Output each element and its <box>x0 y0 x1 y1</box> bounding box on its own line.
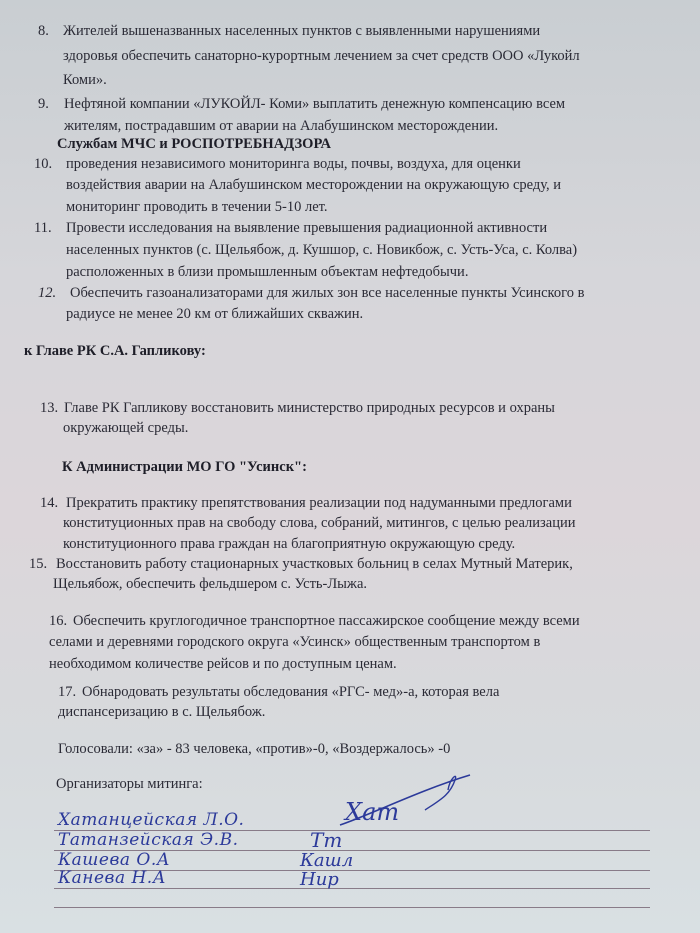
item-text-line: проведения независимого мониторинга воды… <box>66 155 521 173</box>
item-number: 9. <box>38 95 49 113</box>
signature-mark: Кашл <box>300 850 353 871</box>
item-text-line: жителям, пострадавшим от аварии на Алабу… <box>64 117 498 135</box>
item-number: 15. <box>29 555 47 573</box>
item-text-line: расположенных в близи промышленным объек… <box>66 263 468 281</box>
heading-glava: к Главе РК С.А. Гапликову: <box>24 342 206 360</box>
organizers-label: Организаторы митинга: <box>56 775 203 793</box>
signature-name: Кашева О.А <box>58 850 170 870</box>
item-number: 13. <box>40 399 58 417</box>
item-text-line: Обнародовать результаты обследования «РГ… <box>82 683 499 701</box>
signature-line <box>54 888 650 889</box>
item-text-line: диспансеризацию в с. Щельябож. <box>58 703 265 721</box>
signature-mark: Нир <box>300 869 339 890</box>
item-text-line: Обеспечить газоанализаторами для жилых з… <box>70 284 584 302</box>
item-text-line: конституционных прав на свободу слова, с… <box>63 514 575 532</box>
item-number: 8. <box>38 22 49 40</box>
item-text-line: необходимом количестве рейсов и по досту… <box>49 655 397 673</box>
item-text-line: Коми». <box>63 71 107 89</box>
item-text-line: селами и деревнями городского округа «Ус… <box>49 633 540 651</box>
item-text-line: населенных пунктов (с. Щельябож, д. Кушш… <box>66 241 577 259</box>
item-number: 17. <box>58 683 76 701</box>
signature-stroke-icon <box>330 770 480 830</box>
item-text-line: Главе РК Гапликову восстановить министер… <box>64 399 555 417</box>
item-number: 10. <box>34 155 52 173</box>
item-text-line: Прекратить практику препятствования реал… <box>66 494 572 512</box>
item-number: 11. <box>34 219 52 237</box>
item-text-line: Восстановить работу стационарных участко… <box>56 555 573 573</box>
item-text-line: здоровья обеспечить санаторно-курортным … <box>63 47 580 65</box>
signature-line <box>54 907 650 908</box>
item-text-line: конституционного права граждан на благоп… <box>63 535 515 553</box>
item-text-line: Провести исследования на выявление превы… <box>66 219 547 237</box>
item-number: 14. <box>40 494 58 512</box>
signature-mark: Тт <box>310 828 342 852</box>
item-text-line: Обеспечить круглогодичное транспортное п… <box>73 612 580 630</box>
item-text-line: радиусе не менее 20 км от ближайших сква… <box>66 305 363 323</box>
signature-name: Канева Н.А <box>58 868 166 888</box>
item-text-line: Нефтяной компании «ЛУКОЙЛ- Коми» выплати… <box>64 95 565 113</box>
item-text-line: Жителей вышеназванных населенных пунктов… <box>63 22 540 40</box>
heading-admin: К Администрации МО ГО "Усинск": <box>62 458 307 476</box>
item-number: 12. <box>38 284 56 302</box>
vote-results: Голосовали: «за» - 83 человека, «против»… <box>58 740 450 758</box>
item-text-line: воздействия аварии на Алабушинском место… <box>66 176 561 194</box>
item-number: 16. <box>49 612 67 630</box>
heading-mchs: Службам МЧС и РОСПОТРЕБНАДЗОРА <box>57 135 331 153</box>
item-text-line: Щельябож, обеспечить фельдшером с. Усть-… <box>53 575 367 593</box>
signature-name: Хатанцейская Л.О. <box>58 810 244 830</box>
item-text-line: окружающей среды. <box>63 419 188 437</box>
item-text-line: мониторинг проводить в течении 5-10 лет. <box>66 198 328 216</box>
signature-name: Татанзейская Э.В. <box>58 830 238 850</box>
